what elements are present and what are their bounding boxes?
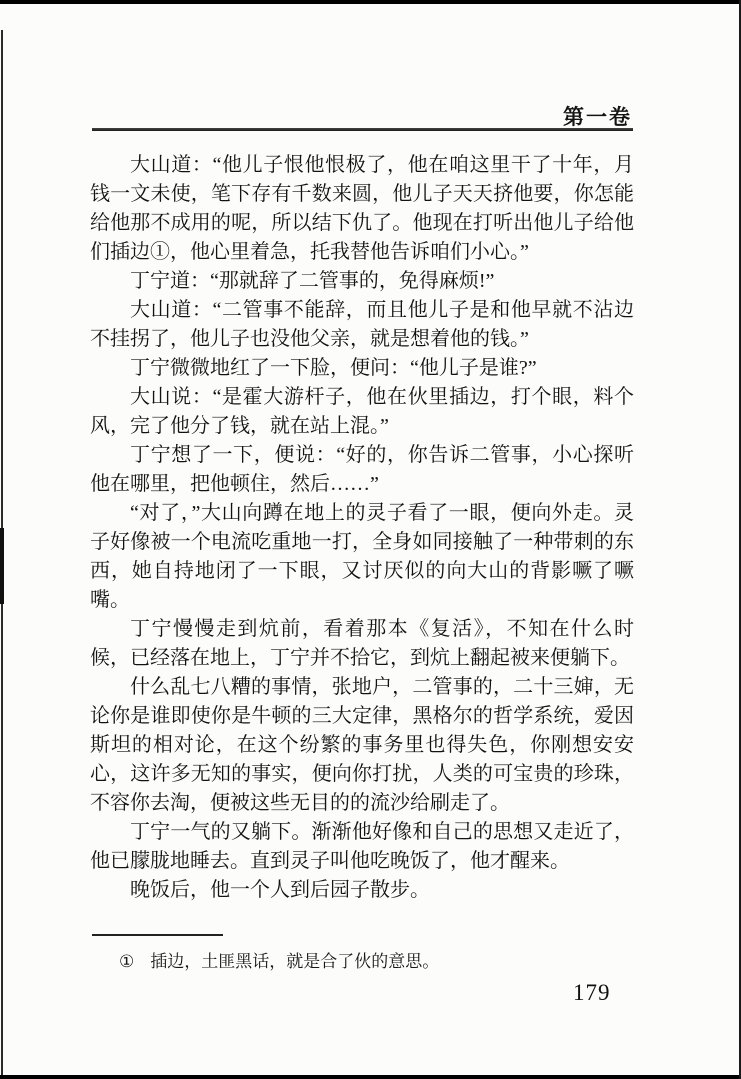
paragraph: 晚饭后，他一个人到后园子散步。 <box>90 876 634 905</box>
paragraph: 大山道：“二管事不能辞，而且他儿子是和他早就不沾边不挂拐了，他儿子也没他父亲，就… <box>90 296 634 354</box>
paragraph: 大山说：“是霍大游杆子，他在伙里插边，打个眼，料个风，完了他分了钱，就在站上混。… <box>90 383 634 441</box>
paragraph: 丁宁微微地红了一下脸，便问：“他儿子是谁?” <box>90 354 634 383</box>
footnote-text: 插边，土匪黑话，就是合了伙的意思。 <box>150 952 439 971</box>
paragraph: 什么乱七八糟的事情，张地户，二管事的，二十三婶，无论你是谁即使你是牛顿的三大定律… <box>90 673 634 818</box>
running-head-volume-title: 第一卷 <box>563 101 632 131</box>
paragraph: 丁宁想了一下，便说：“好的，你告诉二管事，小心探听他在哪里，把他顿住，然后……” <box>90 441 634 499</box>
scan-edge-bottom <box>0 1075 741 1079</box>
footnote-divider <box>92 934 223 936</box>
paragraph: 丁宁道：“那就辞了二管事的，免得麻烦!” <box>90 267 634 296</box>
paragraph: 丁宁慢慢走到炕前，看着那本《复活》，不知在什么时候，已经落在地上，丁宁并不拾它，… <box>90 615 634 673</box>
header-rule <box>92 128 633 131</box>
paragraph: “对了，”大山向蹲在地上的灵子看了一眼，便向外走。灵子好像被一个电流吃重地一打，… <box>90 499 634 615</box>
body-text: 大山道：“他儿子恨他恨极了，他在咱这里干了十年，月钱一文未使，笔下存有千数来圆，… <box>90 151 634 905</box>
footnote-marker: ① <box>119 952 134 971</box>
paragraph: 大山道：“他儿子恨他恨极了，他在咱这里干了十年，月钱一文未使，笔下存有千数来圆，… <box>90 151 634 267</box>
scan-edge-left-blot <box>0 528 4 604</box>
page-number: 179 <box>573 980 611 1006</box>
scan-edge-top <box>0 0 741 4</box>
paragraph: 丁宁一气的又躺下。渐渐他好像和自己的思想又走近了，他已朦胧地睡去。直到灵子叫他吃… <box>90 818 634 876</box>
footnote: ①插边，土匪黑话，就是合了伙的意思。 <box>119 950 599 974</box>
book-page: 第一卷 大山道：“他儿子恨他恨极了，他在咱这里干了十年，月钱一文未使，笔下存有千… <box>0 0 741 1079</box>
